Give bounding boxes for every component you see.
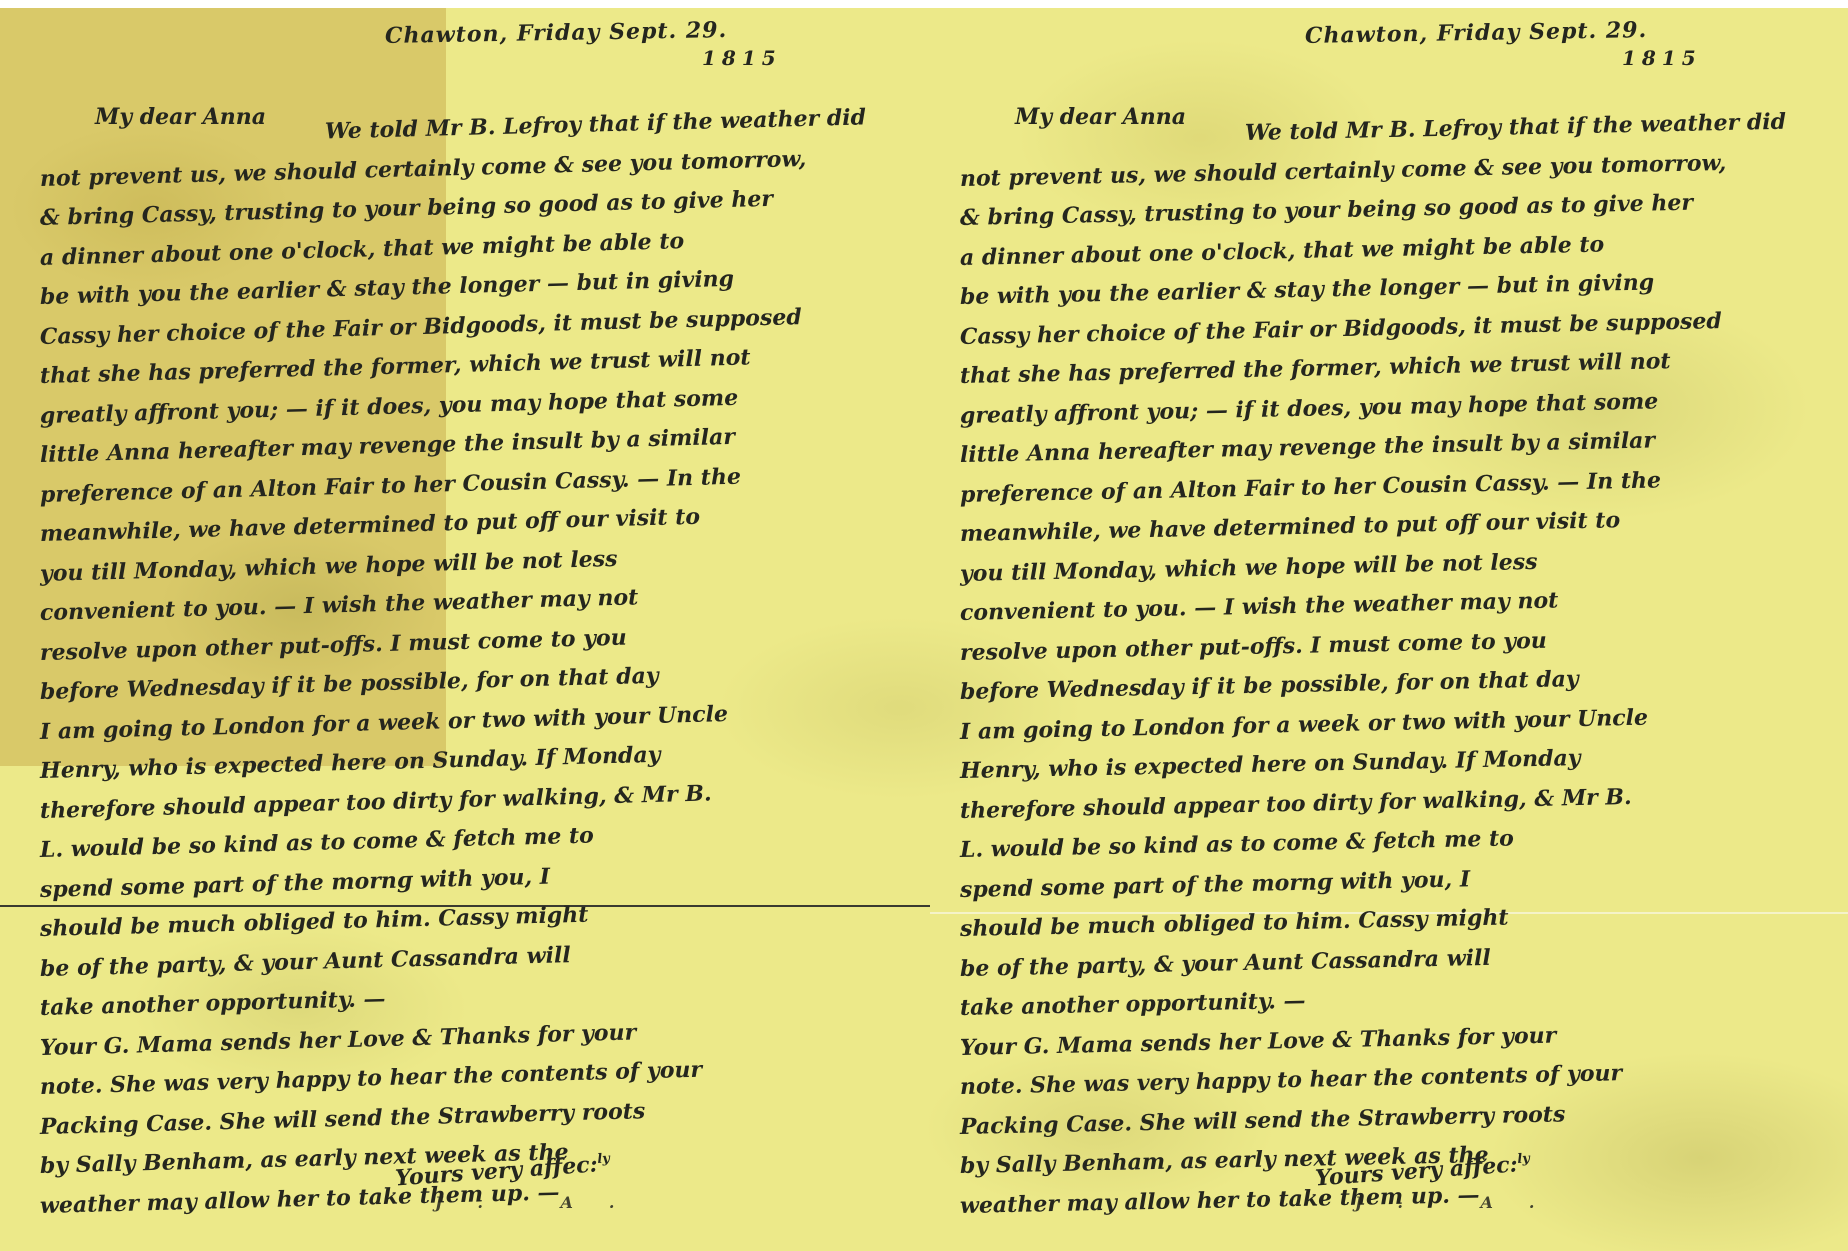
letter-body: We told Mr B. Lefroy that if the weather… bbox=[960, 120, 1800, 1226]
letter-body: We told Mr B. Lefroy that if the weather… bbox=[40, 120, 880, 1226]
letter-page-left: Chawton, Friday Sept. 29. 1815 My dear A… bbox=[40, 8, 900, 1248]
closing-superscript: ly bbox=[1517, 1151, 1531, 1167]
place-date: Chawton, Friday Sept. 29. bbox=[1305, 17, 1648, 49]
signature-initials: J. A. bbox=[1355, 1193, 1570, 1212]
signature-initials: J. A. bbox=[435, 1193, 650, 1212]
place-date: Chawton, Friday Sept. 29. bbox=[385, 17, 728, 49]
closing-superscript: ly bbox=[597, 1151, 611, 1167]
letter-page-right: Chawton, Friday Sept. 29. 1815 My dear A… bbox=[960, 8, 1820, 1248]
year: 1815 bbox=[702, 46, 782, 70]
year: 1815 bbox=[1622, 46, 1702, 70]
